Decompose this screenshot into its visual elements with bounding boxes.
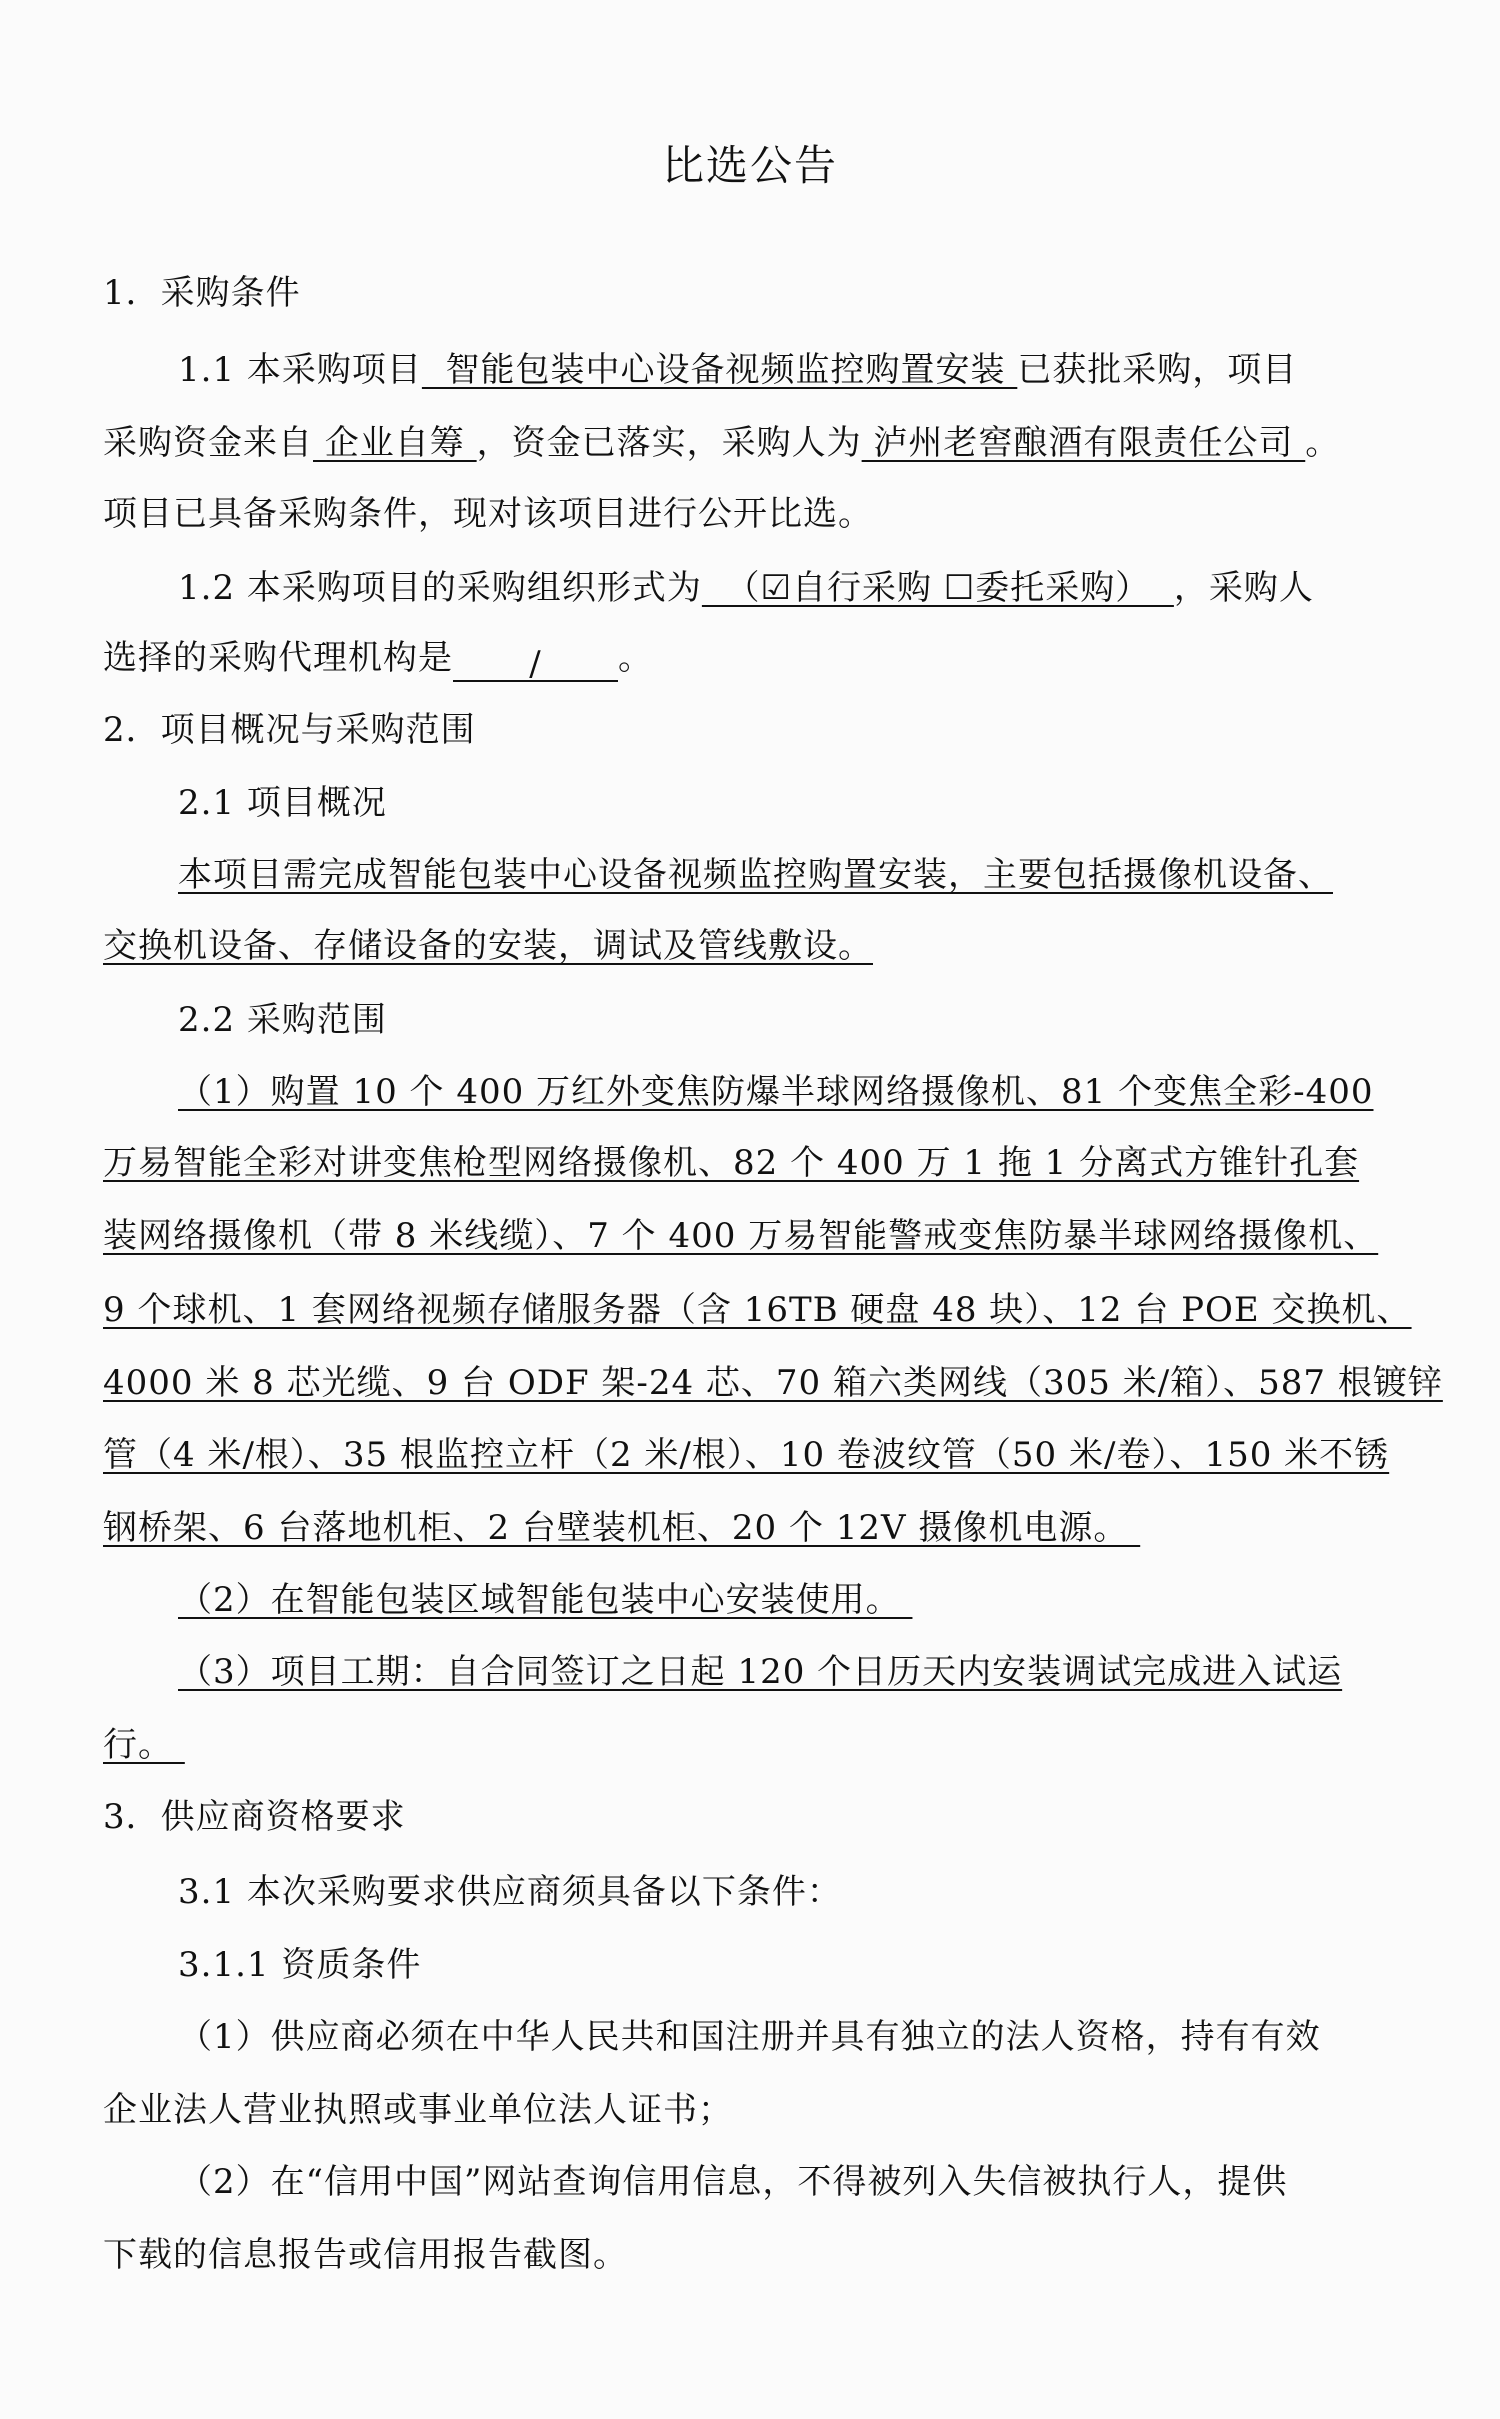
- purchaser-label: ，资金已落实，采购人为: [477, 423, 862, 463]
- paragraph-1-1-line-2: 采购资金来自 企业自筹 ，资金已落实，采购人为 泸州老窖酿酒有限责任公司 。: [103, 419, 1403, 467]
- period: 。: [1305, 423, 1340, 463]
- scope-text: 行。: [103, 1725, 185, 1765]
- scope-1-line: （1）购置 10 个 400 万红外变焦防爆半球网络摄像机、81 个变焦全彩-4…: [178, 1068, 1403, 1116]
- overview-text: 本项目需完成智能包装中心设备视频监控购置安装，主要包括摄像机设备、: [178, 855, 1333, 895]
- scope-text: （2）在智能包装区域智能包装中心安装使用。: [178, 1580, 912, 1620]
- page-title: 比选公告: [0, 140, 1500, 192]
- paragraph-1-2-line-2: 选择的采购代理机构是/。: [103, 634, 1403, 682]
- paragraph-1-1-line-1: 1.1 本采购项目 智能包装中心设备视频监控购置安装 已获批采购，项目: [178, 346, 1403, 394]
- scope-1-line: 9 个球机、1 套网络视频存储服务器（含 16TB 硬盘 48 块）、12 台 …: [103, 1286, 1403, 1334]
- period: 。: [618, 638, 653, 678]
- overview-line: 交换机设备、存储设备的安装，调试及管线敷设。: [103, 922, 1403, 970]
- scope-text: 钢桥架、6 台落地机柜、2 台壁装机柜、20 个 12V 摄像机电源。: [103, 1508, 1140, 1548]
- paragraph-1-1-line-3: 项目已具备采购条件，现对该项目进行公开比选。: [103, 490, 1403, 538]
- scope-1-line: 万易智能全彩对讲变焦枪型网络摄像机、82 个 400 万 1 拖 1 分离式方锥…: [103, 1139, 1403, 1187]
- overview-line: 本项目需完成智能包装中心设备视频监控购置安装，主要包括摄像机设备、: [178, 851, 1403, 899]
- scope-text: 万易智能全彩对讲变焦枪型网络摄像机、82 个 400 万 1 拖 1 分离式方锥…: [103, 1143, 1359, 1183]
- subheading-2-1: 2.1 项目概况: [178, 779, 1403, 827]
- p12-suffix: ，采购人: [1174, 568, 1314, 608]
- scope-2-line: （2）在智能包装区域智能包装中心安装使用。: [178, 1576, 1403, 1624]
- section-heading-1: 1．采购条件: [103, 269, 1403, 317]
- procurement-form-options: （☑自行采购 ☐委托采购）: [702, 568, 1174, 608]
- requirement-1-line: 企业法人营业执照或事业单位法人证书；: [103, 2086, 1403, 2134]
- subheading-2-2: 2.2 采购范围: [178, 996, 1403, 1044]
- project-name-field: 智能包装中心设备视频监控购置安装: [422, 350, 1017, 390]
- scope-1-line: 钢桥架、6 台落地机柜、2 台壁装机柜、20 个 12V 摄像机电源。: [103, 1504, 1403, 1552]
- agency-label: 选择的采购代理机构是: [103, 638, 453, 678]
- scope-text: 4000 米 8 芯光缆、9 台 ODF 架-24 芯、70 箱六类网线（305…: [103, 1363, 1443, 1403]
- p12-prefix: 1.2 本采购项目的采购组织形式为: [178, 568, 702, 608]
- section-heading-2: 2．项目概况与采购范围: [103, 706, 1403, 754]
- requirement-2-line: 下载的信息报告或信用报告截图。: [103, 2231, 1403, 2279]
- p11-prefix: 1.1 本采购项目: [178, 350, 422, 390]
- fund-label: 采购资金来自: [103, 423, 313, 463]
- scope-1-line: 4000 米 8 芯光缆、9 台 ODF 架-24 芯、70 箱六类网线（305…: [103, 1359, 1403, 1407]
- scope-1-line: 管（4 米/根）、35 根监控立杆（2 米/根）、10 卷波纹管（50 米/卷）…: [103, 1431, 1403, 1479]
- purchaser-field: 泸州老窖酿酒有限责任公司: [862, 423, 1306, 463]
- section-heading-3: 3．供应商资格要求: [103, 1793, 1403, 1841]
- scope-1-line: 装网络摄像机（带 8 米线缆）、7 个 400 万易智能警戒变焦防暴半球网络摄像…: [103, 1212, 1403, 1260]
- scope-3-line: 行。: [103, 1721, 1403, 1769]
- agency-field: /: [453, 640, 618, 682]
- subheading-3-1-1: 3.1.1 资质条件: [178, 1941, 1403, 1989]
- scope-text: （3）项目工期：自合同签订之日起 120 个日历天内安装调试完成进入试运: [178, 1652, 1342, 1692]
- scope-text: （1）购置 10 个 400 万红外变焦防爆半球网络摄像机、81 个变焦全彩-4…: [178, 1072, 1373, 1112]
- document-page: 比选公告 1．采购条件 1.1 本采购项目 智能包装中心设备视频监控购置安装 已…: [0, 0, 1500, 2419]
- scope-text: 管（4 米/根）、35 根监控立杆（2 米/根）、10 卷波纹管（50 米/卷）…: [103, 1435, 1389, 1475]
- overview-text: 交换机设备、存储设备的安装，调试及管线敷设。: [103, 926, 873, 966]
- requirement-2-line: （2）在“信用中国”网站查询信用信息，不得被列入失信被执行人，提供: [178, 2158, 1403, 2206]
- paragraph-1-2-line-1: 1.2 本采购项目的采购组织形式为 （☑自行采购 ☐委托采购） ，采购人: [178, 564, 1403, 612]
- p11-mid: 已获批采购，项目: [1017, 350, 1297, 390]
- requirement-1-line: （1）供应商必须在中华人民共和国注册并具有独立的法人资格，持有有效: [178, 2013, 1403, 2061]
- scope-3-line: （3）项目工期：自合同签订之日起 120 个日历天内安装调试完成进入试运: [178, 1648, 1403, 1696]
- scope-text: 9 个球机、1 套网络视频存储服务器（含 16TB 硬盘 48 块）、12 台 …: [103, 1290, 1412, 1330]
- subheading-3-1: 3.1 本次采购要求供应商须具备以下条件：: [178, 1868, 1403, 1916]
- scope-text: 装网络摄像机（带 8 米线缆）、7 个 400 万易智能警戒变焦防暴半球网络摄像…: [103, 1216, 1378, 1256]
- fund-source-field: 企业自筹: [313, 423, 477, 463]
